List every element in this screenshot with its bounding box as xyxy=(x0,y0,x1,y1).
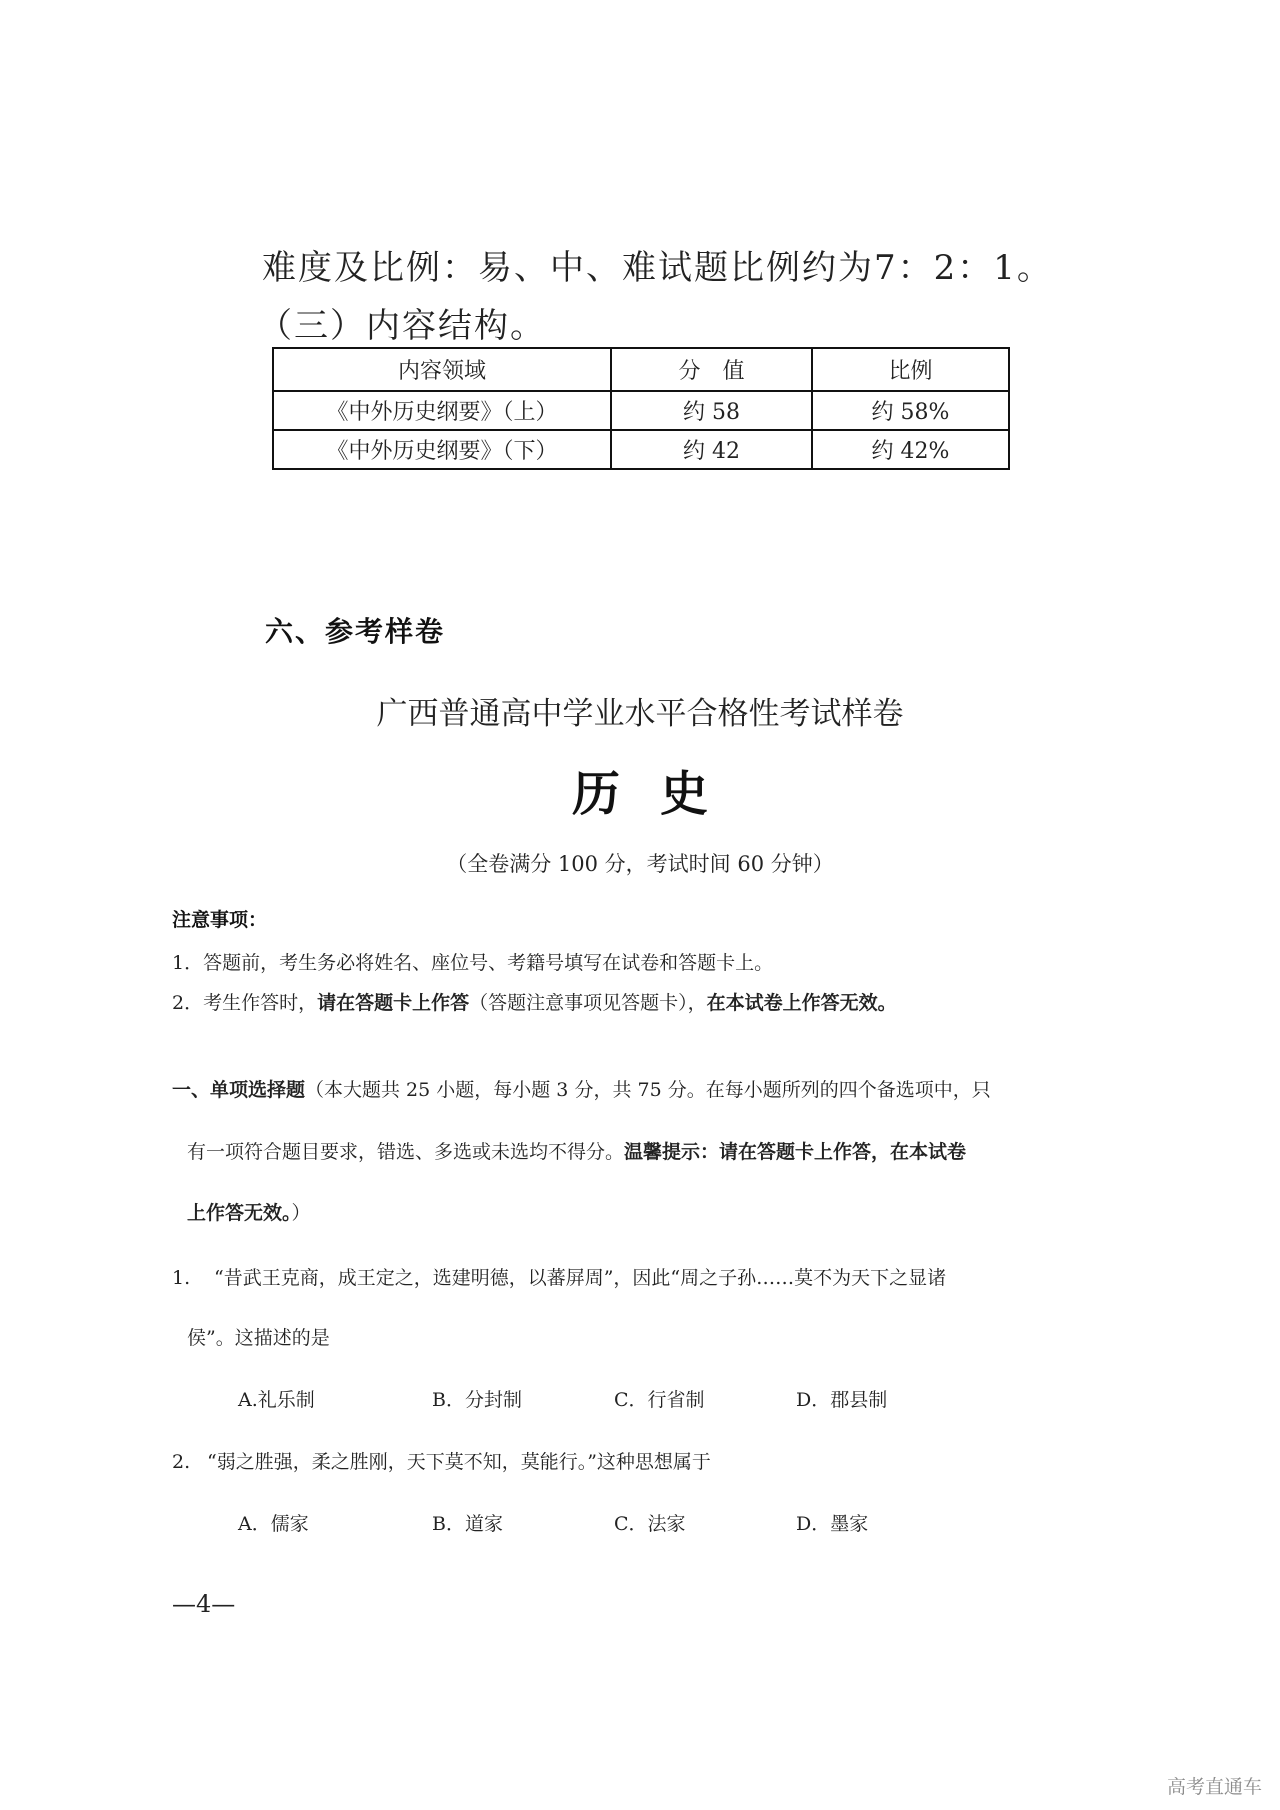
part-one-desc: （本大题共 25 小题，每小题 3 分，共 75 分。在每小题所列的四个备选项中… xyxy=(305,1079,991,1101)
notice-item-2-middle: （答题注意事项见答题卡）， xyxy=(469,992,707,1014)
question-1-option-c[interactable]: C．行省制 xyxy=(614,1385,705,1412)
page-number: —4— xyxy=(172,1590,235,1618)
table-cell: 约 42 xyxy=(611,430,812,469)
notice-item-2-prefix: 2．考生作答时， xyxy=(172,992,317,1014)
table-header-cell: 内容领域 xyxy=(273,348,611,391)
question-2-option-c[interactable]: C．法家 xyxy=(614,1509,686,1536)
table-row: 《中外历史纲要》（下） 约 42 约 42% xyxy=(273,430,1009,469)
difficulty-ratio-text: 难度及比例：易、中、难试题比例约为7：2：1。 xyxy=(262,240,1053,289)
content-structure-heading: （三）内容结构。 xyxy=(258,298,546,347)
notice-item-2-bold-end: 在本试卷上作答无效。 xyxy=(707,992,897,1014)
table-cell: 约 58% xyxy=(812,391,1009,430)
table-cell: 《中外历史纲要》（下） xyxy=(273,430,611,469)
notice-title: 注意事项： xyxy=(172,905,267,932)
notice-item-1: 1．答题前，考生务必将姓名、座位号、考籍号填写在试卷和答题卡上。 xyxy=(172,948,773,975)
notice-item-2-bold: 请在答题卡上作答 xyxy=(317,992,469,1014)
part-one-desc-2: 有一项符合题目要求，错选、多选或未选均不得分。 xyxy=(187,1141,624,1163)
part-one-tip-end: 上作答无效。 xyxy=(187,1202,292,1224)
content-structure-table: 内容领域 分 值 比例 《中外历史纲要》（上） 约 58 约 58% 《中外历史… xyxy=(272,347,1010,470)
question-2-option-d[interactable]: D．墨家 xyxy=(796,1509,868,1536)
part-one-line-3: 上作答无效。） xyxy=(187,1198,311,1225)
watermark: 高考直通车 xyxy=(1167,1772,1262,1799)
question-2-option-a[interactable]: A．儒家 xyxy=(238,1509,309,1536)
question-2-number: 2. xyxy=(172,1451,207,1473)
table-header-cell: 比例 xyxy=(812,348,1009,391)
notice-item-2: 2．考生作答时，请在答题卡上作答（答题注意事项见答题卡），在本试卷上作答无效。 xyxy=(172,988,897,1015)
part-one-line-1: 一、单项选择题（本大题共 25 小题，每小题 3 分，共 75 分。在每小题所列… xyxy=(172,1075,991,1102)
question-1-option-b[interactable]: B．分封制 xyxy=(432,1385,522,1412)
exam-subject: 历史 xyxy=(0,755,1280,824)
question-1-option-a[interactable]: A.礼乐制 xyxy=(238,1385,315,1412)
part-one-tip: 温馨提示：请在答题卡上作答，在本试卷 xyxy=(624,1141,966,1163)
table-header-cell: 分 值 xyxy=(611,348,812,391)
part-one-close: ） xyxy=(292,1202,311,1224)
question-2-option-b[interactable]: B．道家 xyxy=(432,1509,503,1536)
part-one-label: 一、单项选择题 xyxy=(172,1079,305,1101)
table-cell: 约 42% xyxy=(812,430,1009,469)
table-cell: 约 58 xyxy=(611,391,812,430)
question-1-number: 1. xyxy=(172,1267,214,1289)
question-1-option-d[interactable]: D．郡县制 xyxy=(796,1385,887,1412)
section-six-heading: 六、参考样卷 xyxy=(265,610,445,650)
exam-title: 广西普通高中学业水平合格性考试样卷 xyxy=(0,688,1280,733)
question-2-stem: “弱之胜强，柔之胜刚，天下莫不知，莫能行。”这种思想属于 xyxy=(207,1451,711,1473)
part-one-line-2: 有一项符合题目要求，错选、多选或未选均不得分。温馨提示：请在答题卡上作答，在本试… xyxy=(187,1137,966,1164)
question-1-stem: “昔武王克商，成王定之，选建明德，以蕃屏周”，因此“周之子孙……莫不为天下之显诸 xyxy=(214,1267,946,1289)
exam-info: （全卷满分 100 分，考试时间 60 分钟） xyxy=(0,848,1280,878)
table-header-row: 内容领域 分 值 比例 xyxy=(273,348,1009,391)
question-1-stem-cont: 侯”。这描述的是 xyxy=(187,1323,330,1350)
question-2: 2.“弱之胜强，柔之胜刚，天下莫不知，莫能行。”这种思想属于 xyxy=(172,1447,711,1474)
question-1: 1.“昔武王克商，成王定之，选建明德，以蕃屏周”，因此“周之子孙……莫不为天下之… xyxy=(172,1263,946,1290)
table-row: 《中外历史纲要》（上） 约 58 约 58% xyxy=(273,391,1009,430)
table-cell: 《中外历史纲要》（上） xyxy=(273,391,611,430)
